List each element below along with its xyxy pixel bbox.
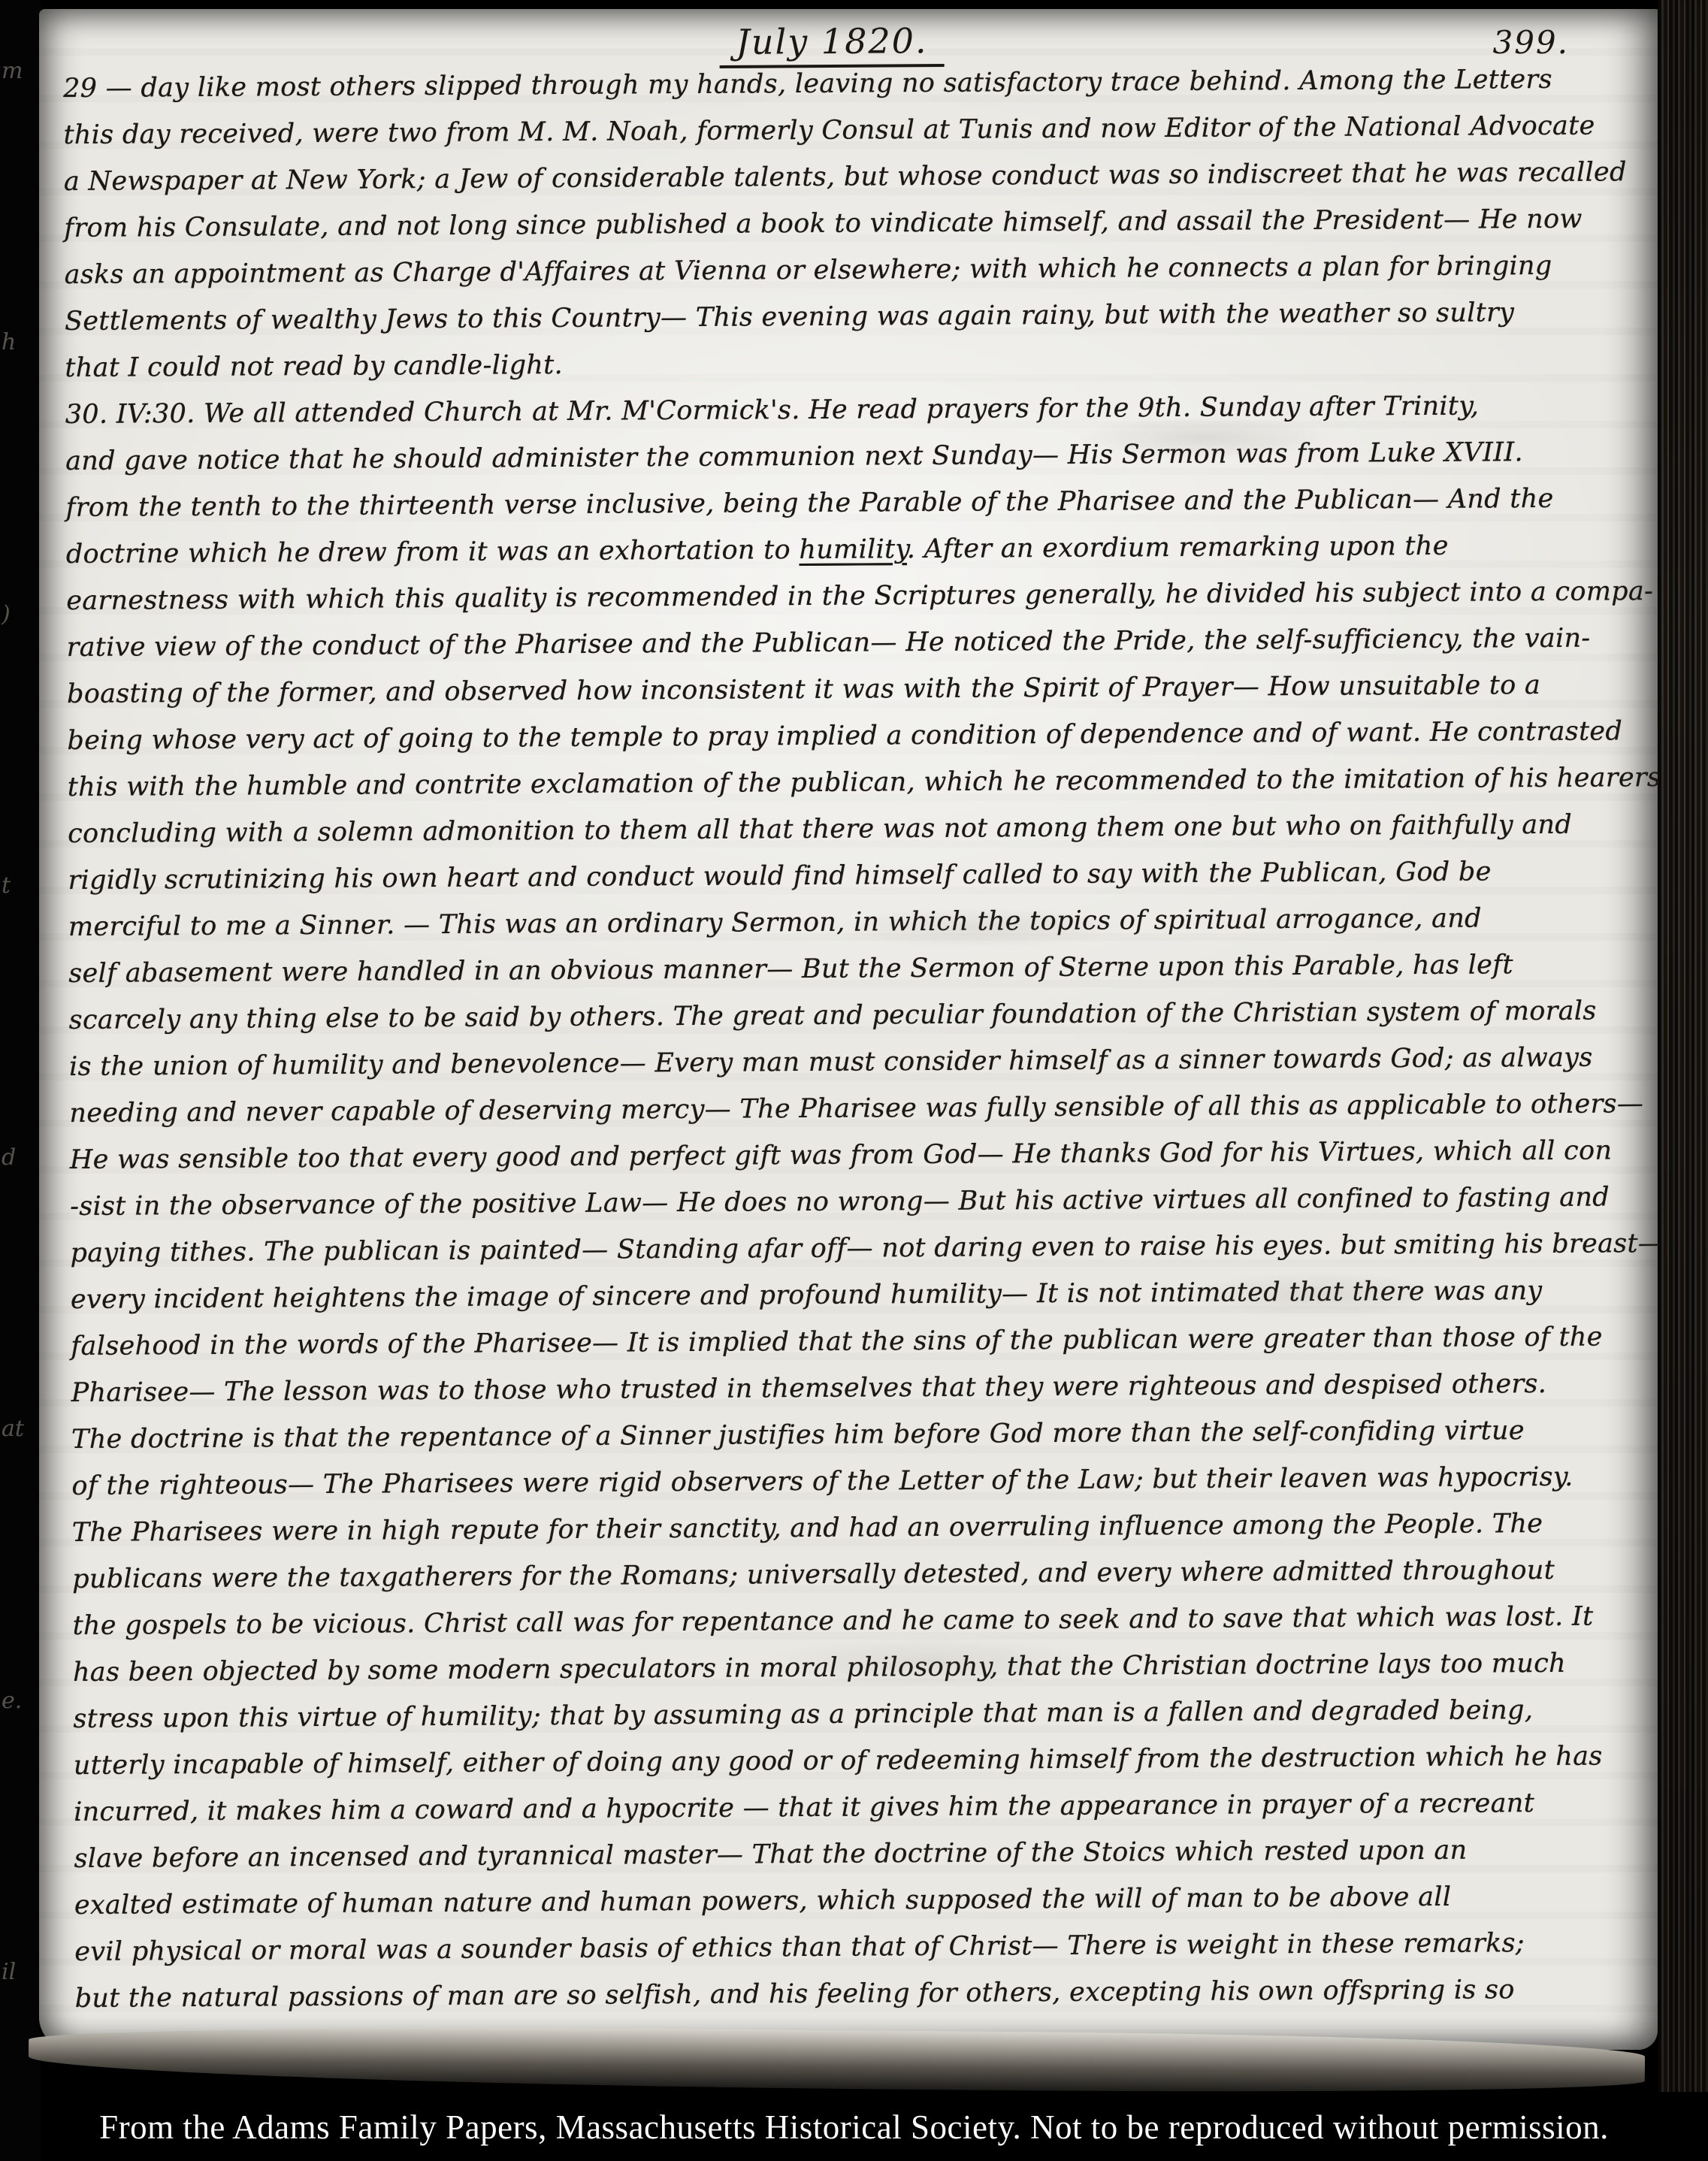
manuscript-line: but the natural passions of man are so s… — [75, 1974, 1659, 2030]
manuscript-text: 29 — day like most others slipped throug… — [63, 64, 1659, 2030]
manuscript-scan: mh)tdate.il July 1820. 399. 29 — day lik… — [0, 0, 1708, 2161]
facing-page-fragment: e. — [2, 1690, 22, 1712]
book-page-edges — [1658, 0, 1708, 2092]
archive-caption-text: From the Adams Family Papers, Massachuse… — [99, 2108, 1609, 2147]
facing-page-fragment: t — [2, 875, 11, 897]
facing-page-fragment: at — [2, 1418, 24, 1440]
archive-caption-bar: From the Adams Family Papers, Massachuse… — [0, 2093, 1708, 2161]
facing-page-fragment: h — [2, 331, 16, 354]
facing-page-fragment: m — [2, 60, 23, 83]
page-number: 399. — [1492, 24, 1569, 61]
facing-page-fragment: ) — [2, 603, 11, 626]
left-scanner-margin: mh)tdate.il — [0, 0, 41, 2161]
facing-page-fragment: d — [2, 1147, 16, 1169]
facing-page-fragment: il — [2, 1961, 16, 1984]
facing-page-text-fragments: mh)tdate.il — [2, 60, 27, 1984]
manuscript-page: July 1820. 399. 29 — day like most other… — [39, 9, 1658, 2050]
page-date-heading: July 1820. — [720, 20, 945, 68]
